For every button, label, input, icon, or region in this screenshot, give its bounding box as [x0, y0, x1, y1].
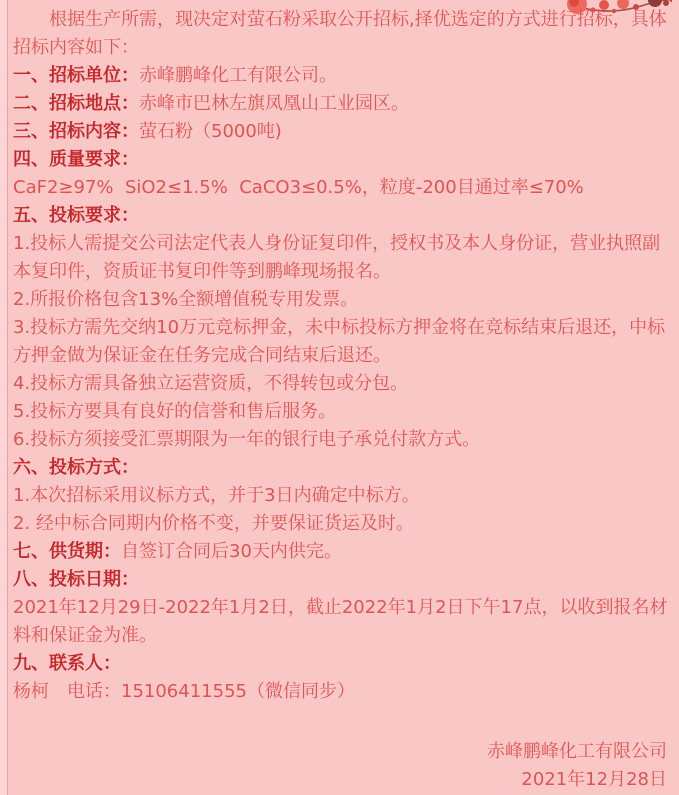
signature-date: 2021年12月28日 [0, 766, 667, 794]
bid-requirements-label: 五、投标要求： [13, 205, 139, 226]
intro-paragraph: 根据生产所需，现决定对萤石粉采取公开招标,择优选定的方式进行招标，具体招标内容如… [13, 6, 671, 62]
bid-date-label: 八、投标日期： [13, 569, 139, 590]
bid-requirement-item: 2.所报价格包含13%全额增值税专用发票。 [13, 286, 671, 314]
bid-method-item: 1.本次招标采用议标方式，并于3日内确定中标方。 [13, 482, 671, 510]
section-quality-heading: 四、质量要求： [13, 146, 671, 174]
contact-label: 九、联系人： [13, 653, 121, 674]
section-supply-period: 七、供货期：自签订合同后30天内供完。 [13, 538, 671, 566]
bid-requirement-item: 4.投标方需具备独立运营资质，不得转包或分包。 [13, 370, 671, 398]
section-tender-location: 二、招标地点：赤峰市巴林左旗凤凰山工业园区。 [13, 90, 671, 118]
bid-method-label: 六、投标方式： [13, 457, 139, 478]
section-tender-unit: 一、招标单位：赤峰鹏峰化工有限公司。 [13, 62, 671, 90]
tender-unit-label: 一、招标单位： [13, 65, 139, 86]
tender-location-label: 二、招标地点： [13, 93, 139, 114]
signature-company: 赤峰鹏峰化工有限公司 [0, 738, 667, 766]
tender-content-label: 三、招标内容： [13, 121, 139, 142]
bid-requirement-item: 1.投标人需提交公司法定代表人身份证复印件，授权书及本人身份证，营业执照副本复印… [13, 230, 671, 286]
quality-label: 四、质量要求： [13, 149, 139, 170]
section-bid-requirements-heading: 五、投标要求： [13, 202, 671, 230]
bid-requirement-item: 5.投标方要具有良好的信誉和售后服务。 [13, 398, 671, 426]
bid-method-item: 2. 经中标合同期内价格不变，并要保证货运及时。 [13, 510, 671, 538]
bid-requirement-item: 3.投标方需先交纳10万元竞标押金，未中标投标方押金将在竞标结束后退还，中标方押… [13, 314, 671, 370]
tender-unit-text: 赤峰鹏峰化工有限公司。 [139, 65, 337, 86]
supply-period-label: 七、供货期： [13, 541, 121, 562]
bid-date-text: 2021年12月29日-2022年1月2日，截止2022年1月2日下午17点，以… [13, 594, 671, 650]
tender-location-text: 赤峰市巴林左旗凤凰山工业园区。 [139, 93, 409, 114]
section-bid-method-heading: 六、投标方式： [13, 454, 671, 482]
section-tender-content: 三、招标内容：萤石粉（5000吨) [13, 118, 671, 146]
notice-body: 根据生产所需，现决定对萤石粉采取公开招标,择优选定的方式进行招标，具体招标内容如… [0, 0, 679, 706]
section-bid-date-heading: 八、投标日期： [13, 566, 671, 594]
signature-block: 赤峰鹏峰化工有限公司 2021年12月28日 [0, 738, 679, 794]
supply-period-text: 自签订合同后30天内供完。 [121, 541, 342, 562]
section-contact-heading: 九、联系人： [13, 650, 671, 678]
quality-spec-line: CaF2≥97% SiO2≤1.5% CaCO3≤0.5%，粒度-200目通过率… [13, 174, 671, 202]
tender-notice-page: 根据生产所需，现决定对萤石粉采取公开招标,择优选定的方式进行招标，具体招标内容如… [0, 0, 679, 795]
bid-requirement-item: 6.投标方须接受汇票期限为一年的银行电子承兑付款方式。 [13, 426, 671, 454]
tender-content-text: 萤石粉（5000吨) [139, 121, 282, 142]
contact-text: 杨柯 电话：15106411555（微信同步） [13, 678, 671, 706]
